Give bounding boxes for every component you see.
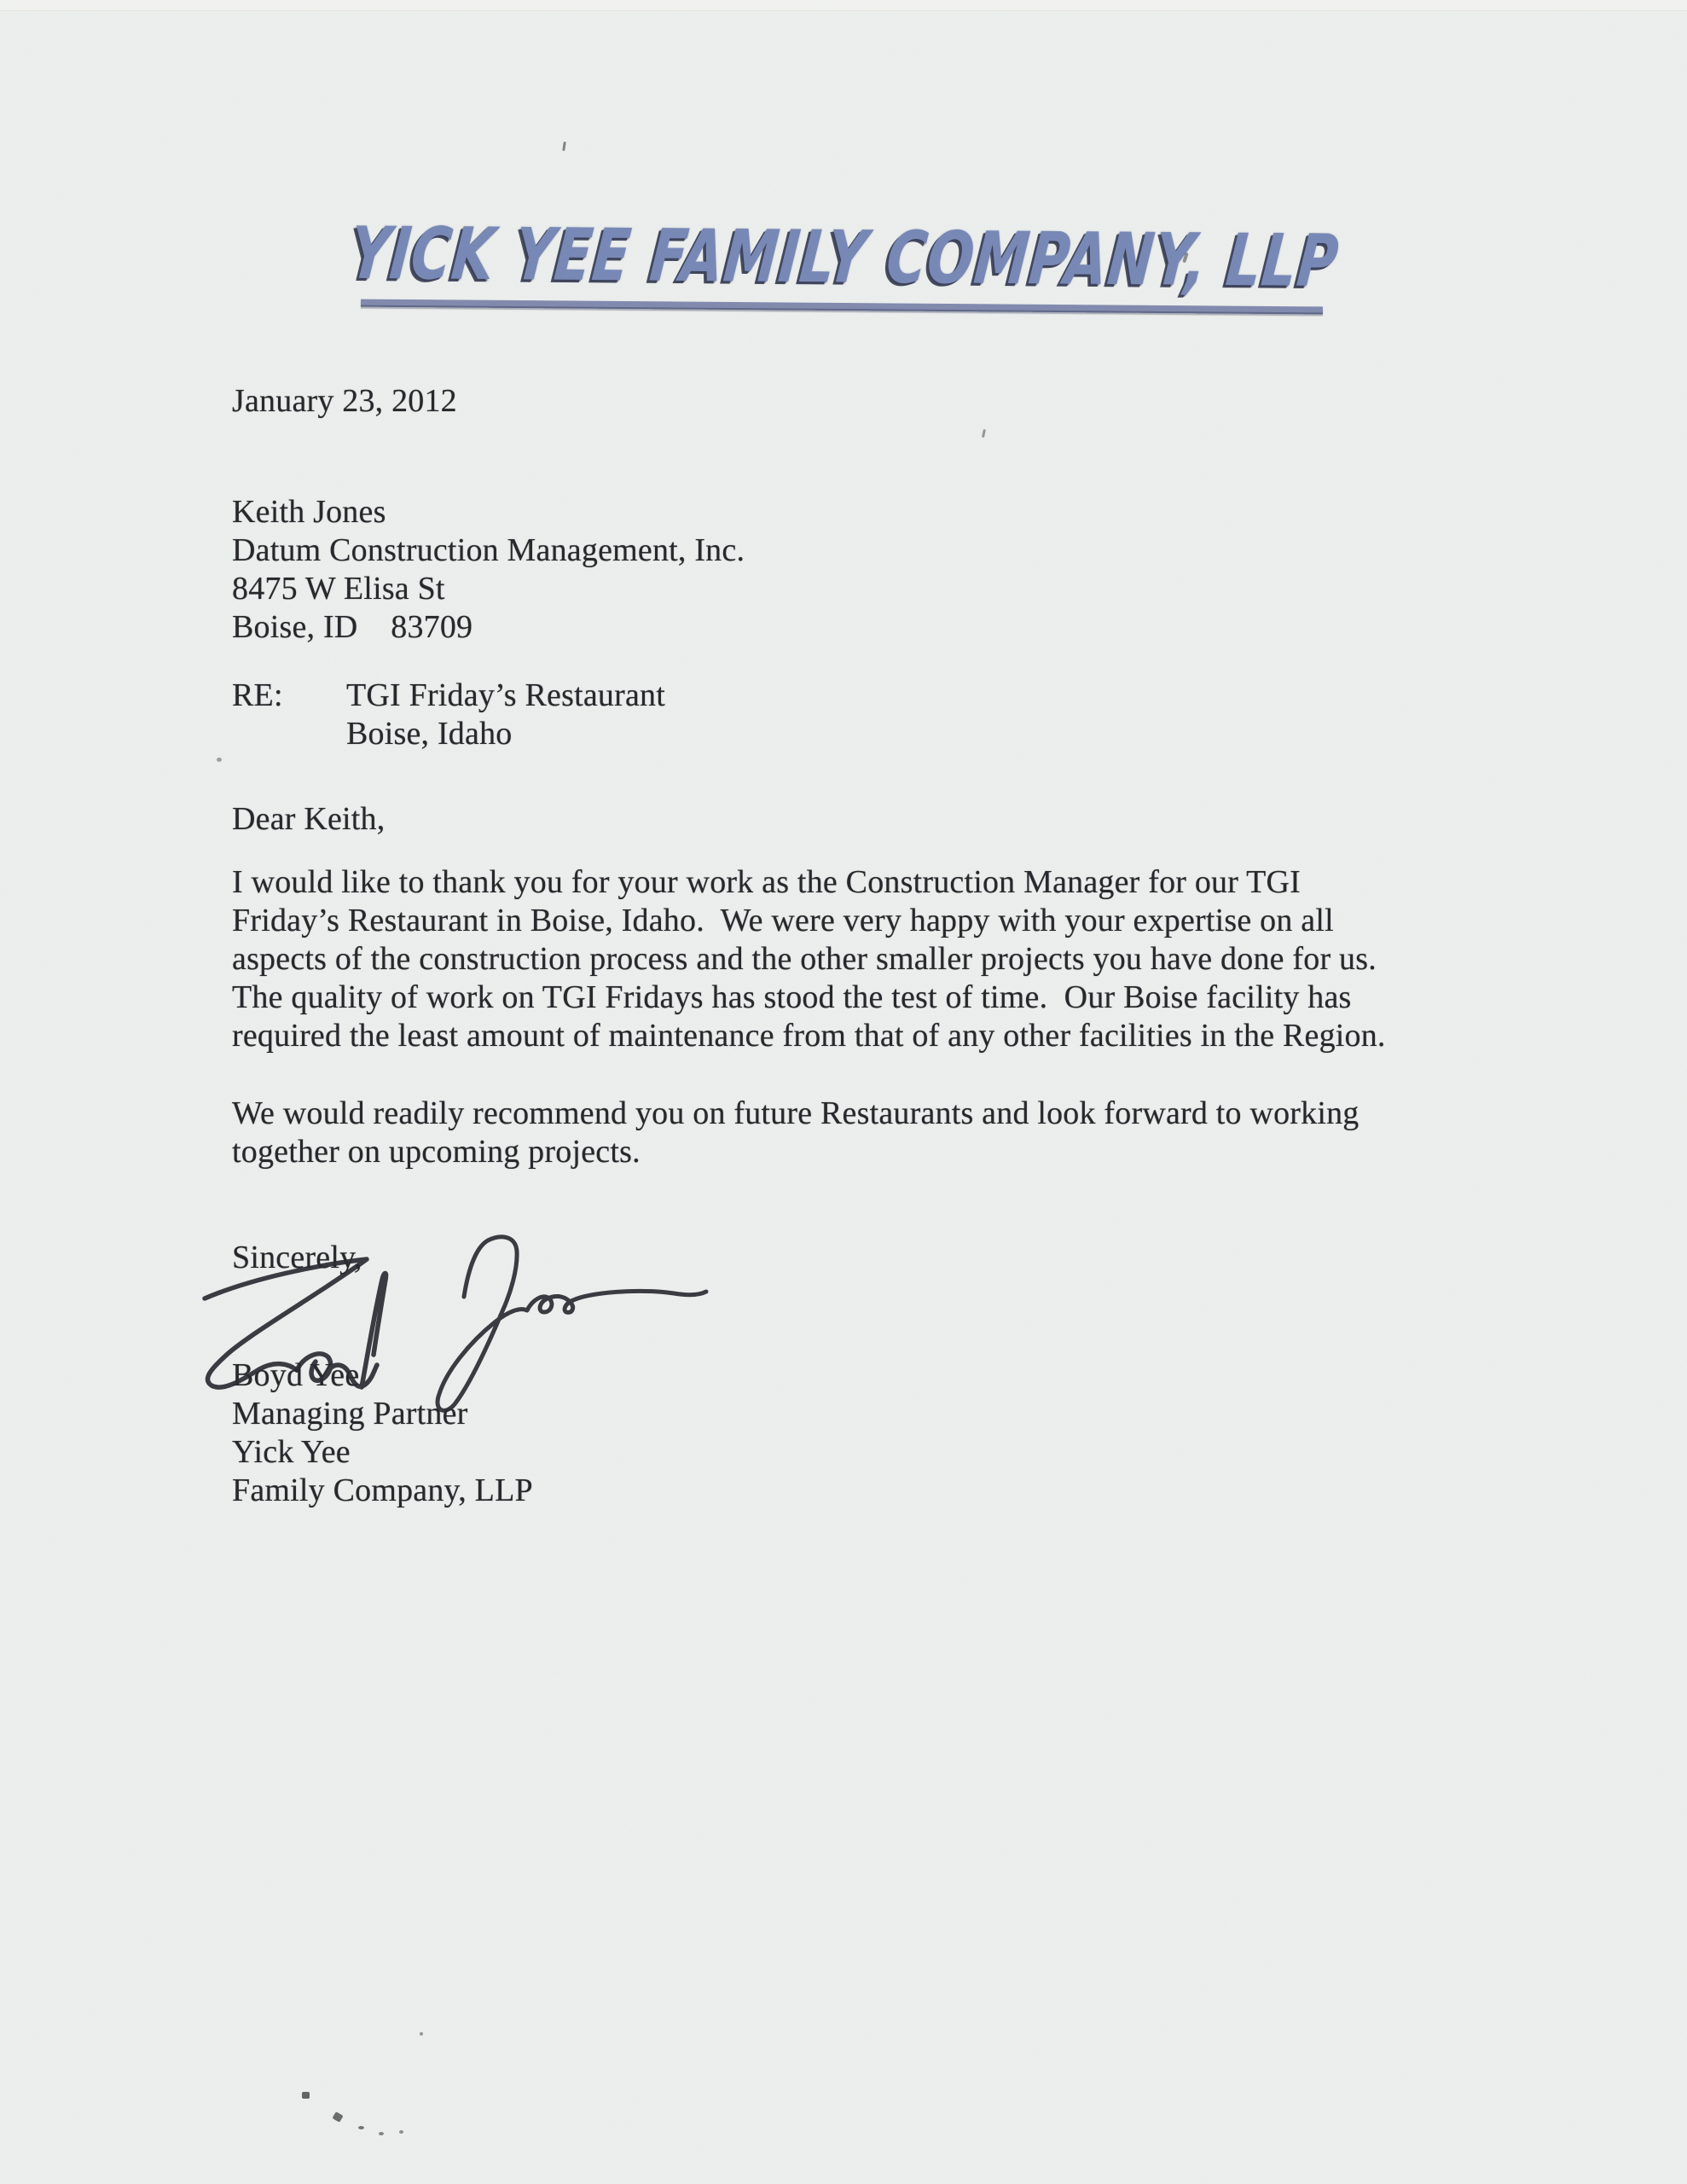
body-line: together on upcoming projects. bbox=[232, 1133, 1359, 1171]
letter-date: January 23, 2012 bbox=[232, 382, 457, 421]
recipient-line: Boise, ID 83709 bbox=[232, 608, 745, 647]
scan-speck bbox=[379, 2132, 384, 2135]
body-line: aspects of the construction process and … bbox=[232, 940, 1386, 979]
body-line: required the least amount of maintenance… bbox=[232, 1017, 1386, 1055]
body-line: We would readily recommend you on future… bbox=[232, 1095, 1359, 1133]
subject-line: TGI Friday’s Restaurant bbox=[346, 677, 665, 715]
subject-block: RE: TGI Friday’s RestaurantBoise, Idaho bbox=[232, 677, 665, 753]
scan-speck bbox=[332, 2111, 343, 2123]
recipient-line: Datum Construction Management, Inc. bbox=[232, 531, 745, 570]
scan-speck bbox=[399, 2130, 403, 2134]
scan-speck bbox=[420, 2032, 423, 2036]
scan-speck bbox=[562, 142, 566, 151]
paper-texture-overlay bbox=[0, 0, 1687, 2184]
date-text: January 23, 2012 bbox=[232, 382, 457, 421]
salutation: Dear Keith, bbox=[232, 800, 385, 839]
salutation-text: Dear Keith, bbox=[232, 800, 385, 839]
body-line: Friday’s Restaurant in Boise, Idaho. We … bbox=[232, 902, 1386, 940]
subject-lines: TGI Friday’s RestaurantBoise, Idaho bbox=[346, 677, 665, 753]
body-line: The quality of work on TGI Fridays has s… bbox=[232, 979, 1386, 1017]
scan-speck bbox=[302, 2092, 310, 2099]
recipient-line: Keith Jones bbox=[232, 493, 745, 531]
body-line: I would like to thank you for your work … bbox=[232, 863, 1386, 902]
scanned-letter-page: YICK YEE FAMILY COMPANY, LLP January 23,… bbox=[0, 0, 1687, 2184]
signature-drawing bbox=[193, 1227, 739, 1432]
subject-line: Boise, Idaho bbox=[346, 715, 665, 753]
signer-line: Yick Yee bbox=[232, 1433, 533, 1472]
scanner-edge bbox=[0, 0, 1687, 11]
body-paragraph-1: I would like to thank you for your work … bbox=[232, 863, 1386, 1055]
handwritten-signature bbox=[193, 1227, 739, 1432]
scan-speck bbox=[982, 429, 986, 438]
scan-speck bbox=[358, 2126, 364, 2129]
letterhead: YICK YEE FAMILY COMPANY, LLP bbox=[0, 220, 1687, 297]
body-paragraph-2: We would readily recommend you on future… bbox=[232, 1095, 1359, 1171]
subject-label: RE: bbox=[232, 677, 346, 753]
recipient-address-block: Keith JonesDatum Construction Management… bbox=[232, 493, 745, 647]
recipient-line: 8475 W Elisa St bbox=[232, 570, 745, 608]
scan-speck bbox=[217, 758, 222, 762]
signer-line: Family Company, LLP bbox=[232, 1472, 533, 1510]
company-letterhead-title: YICK YEE FAMILY COMPANY, LLP bbox=[346, 212, 1342, 304]
